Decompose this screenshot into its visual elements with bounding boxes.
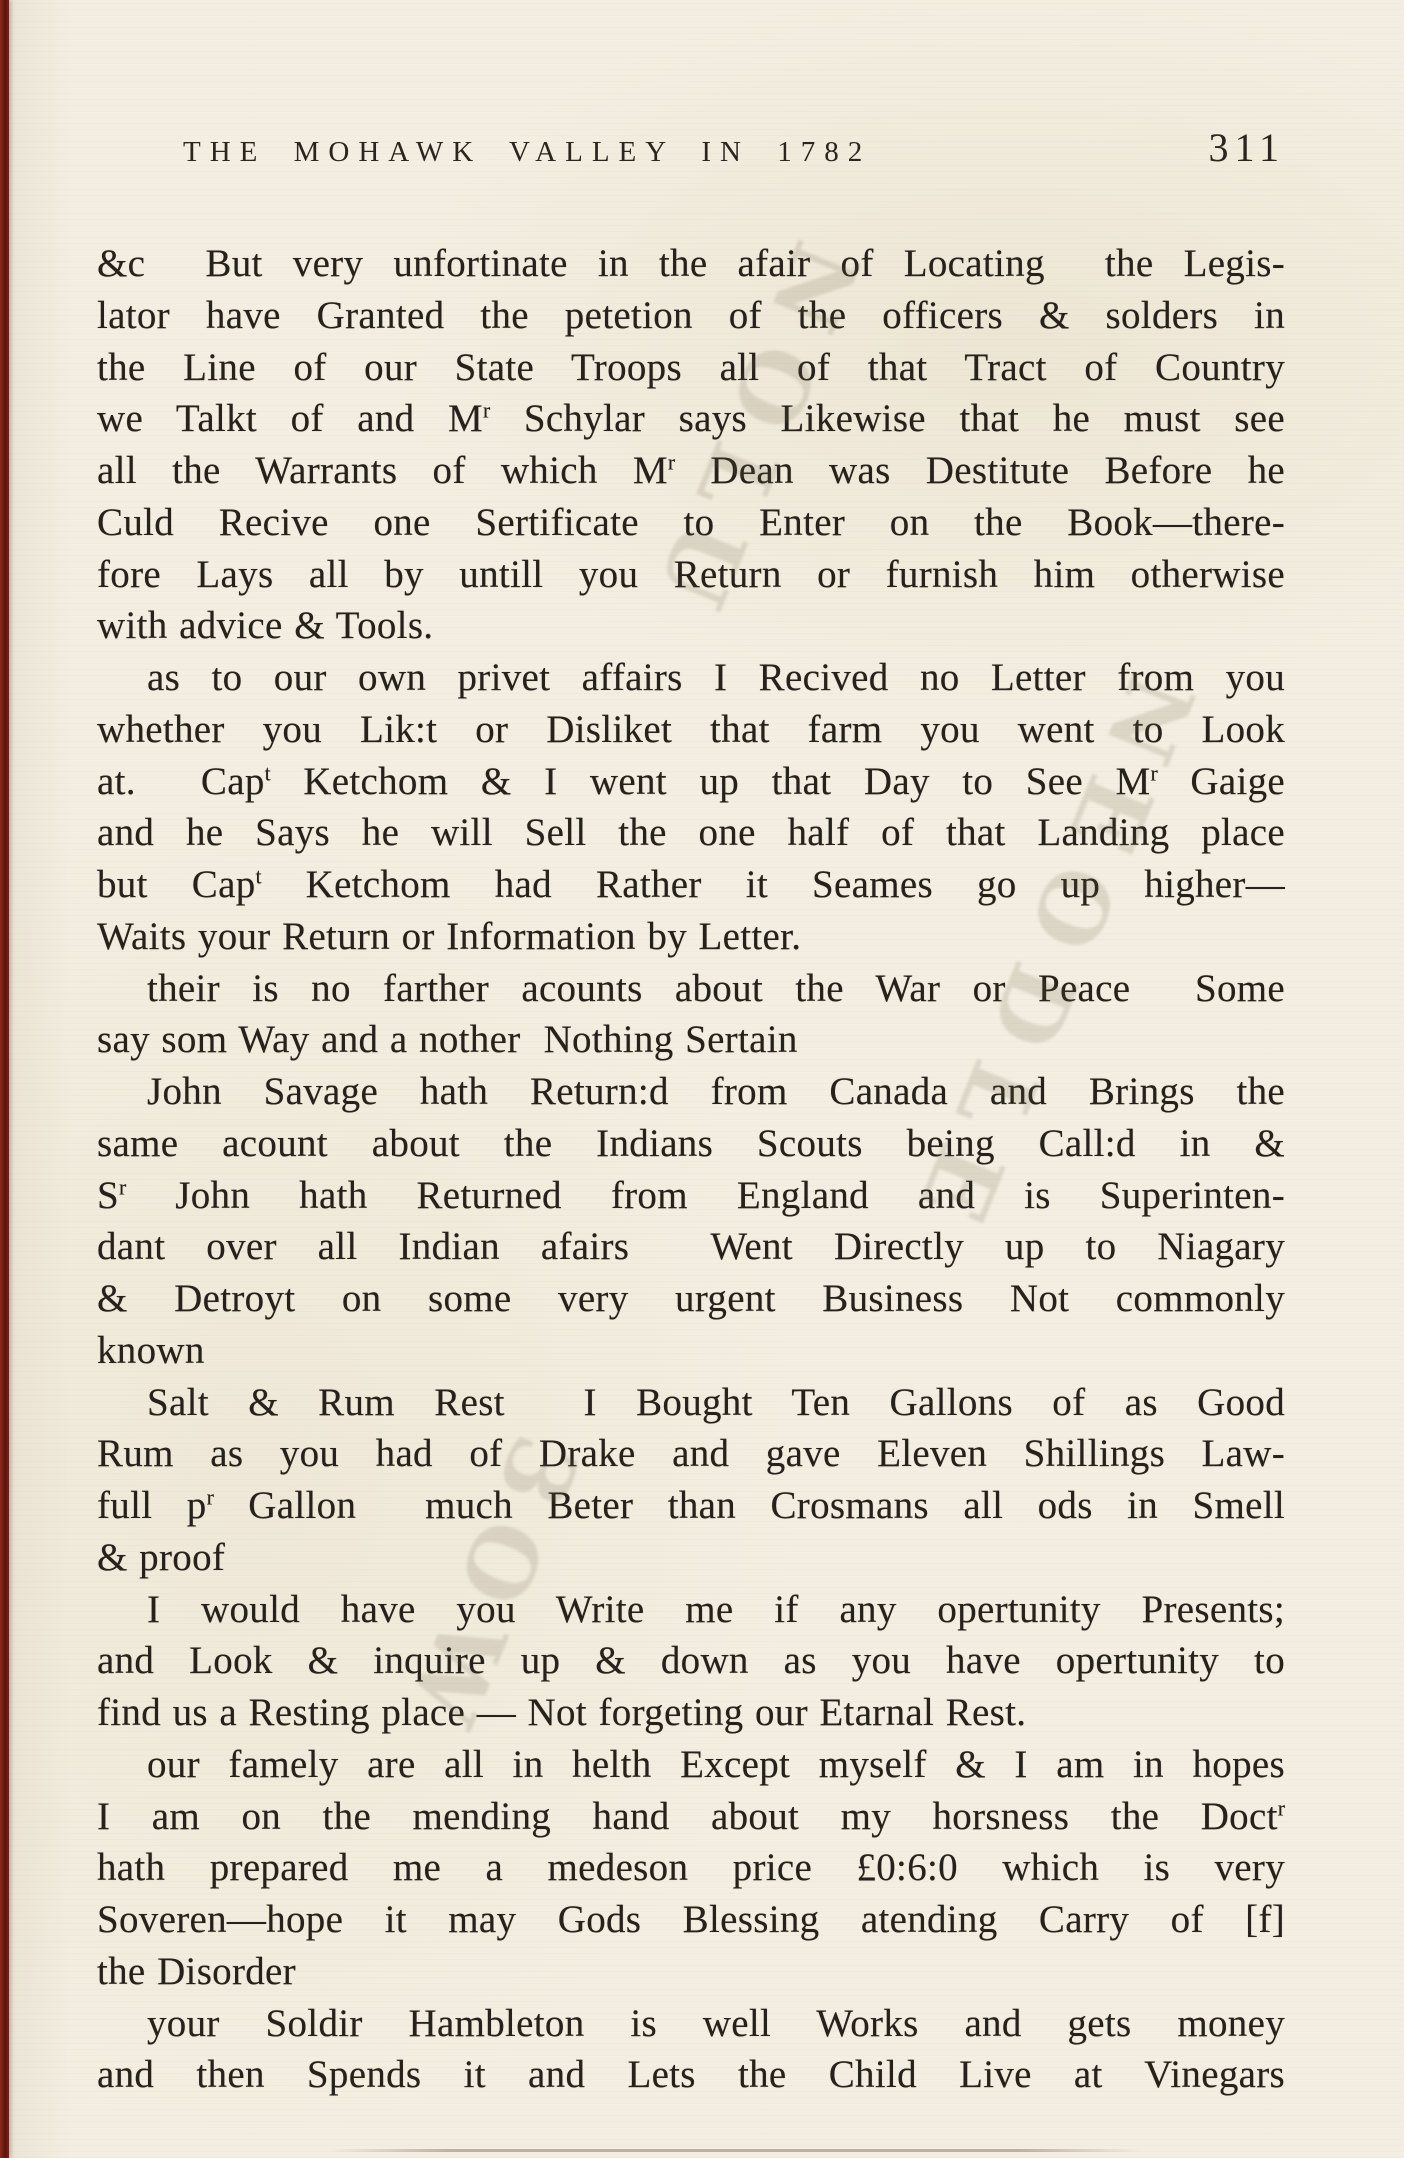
text-line: as to our own privet affairs I Recived n… xyxy=(97,652,1285,704)
superscript-letter: r xyxy=(483,399,490,423)
text-line: full pr Gallon much Beter than Crosmans … xyxy=(97,1480,1285,1532)
page-bottom-edge-shadow xyxy=(330,2149,1140,2152)
paragraph: your Soldir Hambleton is well Works and … xyxy=(97,1998,1285,2102)
paragraph: as to our own privet affairs I Recived n… xyxy=(97,652,1285,963)
text-line: same acount about the Indians Scouts bei… xyxy=(97,1118,1285,1170)
text-line: Soveren—hope it may Gods Blessing atendi… xyxy=(97,1894,1285,1946)
superscript-letter: r xyxy=(1278,1796,1285,1820)
text-line: all the Warrants of which Mr Dean was De… xyxy=(97,445,1285,497)
superscript-letter: r xyxy=(1151,761,1158,785)
text-line: Rum as you had of Drake and gave Eleven … xyxy=(97,1428,1285,1480)
text-line: & Detroyt on some very urgent Business N… xyxy=(97,1273,1285,1325)
text-line: Sr John hath Returned from England and i… xyxy=(97,1170,1285,1222)
text-line: lator have Granted the petetion of the o… xyxy=(97,290,1285,342)
text-line: & proof xyxy=(97,1532,1285,1584)
text-line: known xyxy=(97,1325,1285,1377)
book-spine-edge xyxy=(0,0,9,2158)
text-line: Salt & Rum Rest I Bought Ten Gallons of … xyxy=(97,1377,1285,1429)
text-line: Culd Recive one Sertificate to Enter on … xyxy=(97,497,1285,549)
page-body: &c But very unfortinate in the afair of … xyxy=(97,238,1285,2101)
text-line: the Line of our State Troops all of that… xyxy=(97,342,1285,394)
text-line: I would have you Write me if any opertun… xyxy=(97,1584,1285,1636)
page-header: THE MOHAWK VALLEY IN 1782 311 xyxy=(97,124,1285,171)
text-line: find us a Resting place — Not forgeting … xyxy=(97,1687,1285,1739)
text-line: I am on the mending hand about my horsne… xyxy=(97,1791,1285,1843)
book-page: THE MOHAWK VALLEY IN 1782 311 &c But ver… xyxy=(0,0,1404,2158)
superscript-letter: r xyxy=(119,1175,126,1199)
superscript-letter: t xyxy=(256,864,262,888)
text-line: hath prepared me a medeson price £0:6:0 … xyxy=(97,1842,1285,1894)
text-line: whether you Lik:t or Disliket that farm … xyxy=(97,704,1285,756)
text-line: our famely are all in helth Except mysel… xyxy=(97,1739,1285,1791)
text-line: their is no farther acounts about the Wa… xyxy=(97,963,1285,1015)
superscript-letter: r xyxy=(668,450,675,474)
text-line: dant over all Indian afairs Went Directl… xyxy=(97,1221,1285,1273)
text-line: &c But very unfortinate in the afair of … xyxy=(97,238,1285,290)
text-line: we Talkt of and Mr Schylar says Likewise… xyxy=(97,393,1285,445)
text-line: and he Says he will Sell the one half of… xyxy=(97,807,1285,859)
text-line: but Capt Ketchom had Rather it Seames go… xyxy=(97,859,1285,911)
superscript-letter: r xyxy=(207,1485,214,1509)
text-line: fore Lays all by untill you Return or fu… xyxy=(97,549,1285,601)
paragraph: I would have you Write me if any opertun… xyxy=(97,1584,1285,1739)
text-line: your Soldir Hambleton is well Works and … xyxy=(97,1998,1285,2050)
superscript-letter: t xyxy=(265,761,271,785)
text-line: Waits your Return or Information by Lett… xyxy=(97,911,1285,963)
running-head-title: THE MOHAWK VALLEY IN 1782 xyxy=(183,136,871,169)
paragraph: &c But very unfortinate in the afair of … xyxy=(97,238,1285,652)
paragraph: our famely are all in helth Except mysel… xyxy=(97,1739,1285,1998)
paragraph: John Savage hath Return:d from Canada an… xyxy=(97,1066,1285,1377)
paragraph: their is no farther acounts about the Wa… xyxy=(97,963,1285,1067)
text-line: John Savage hath Return:d from Canada an… xyxy=(97,1066,1285,1118)
text-line: and Look & inquire up & down as you have… xyxy=(97,1635,1285,1687)
text-line: with advice & Tools. xyxy=(97,600,1285,652)
text-line: at. Capt Ketchom & I went up that Day to… xyxy=(97,756,1285,808)
text-line: say som Way and a nother Nothing Sertain xyxy=(97,1014,1285,1066)
text-line: the Disorder xyxy=(97,1946,1285,1998)
paragraph: Salt & Rum Rest I Bought Ten Gallons of … xyxy=(97,1377,1285,1584)
page-number: 311 xyxy=(1208,124,1285,171)
text-line: and then Spends it and Lets the Child Li… xyxy=(97,2049,1285,2101)
